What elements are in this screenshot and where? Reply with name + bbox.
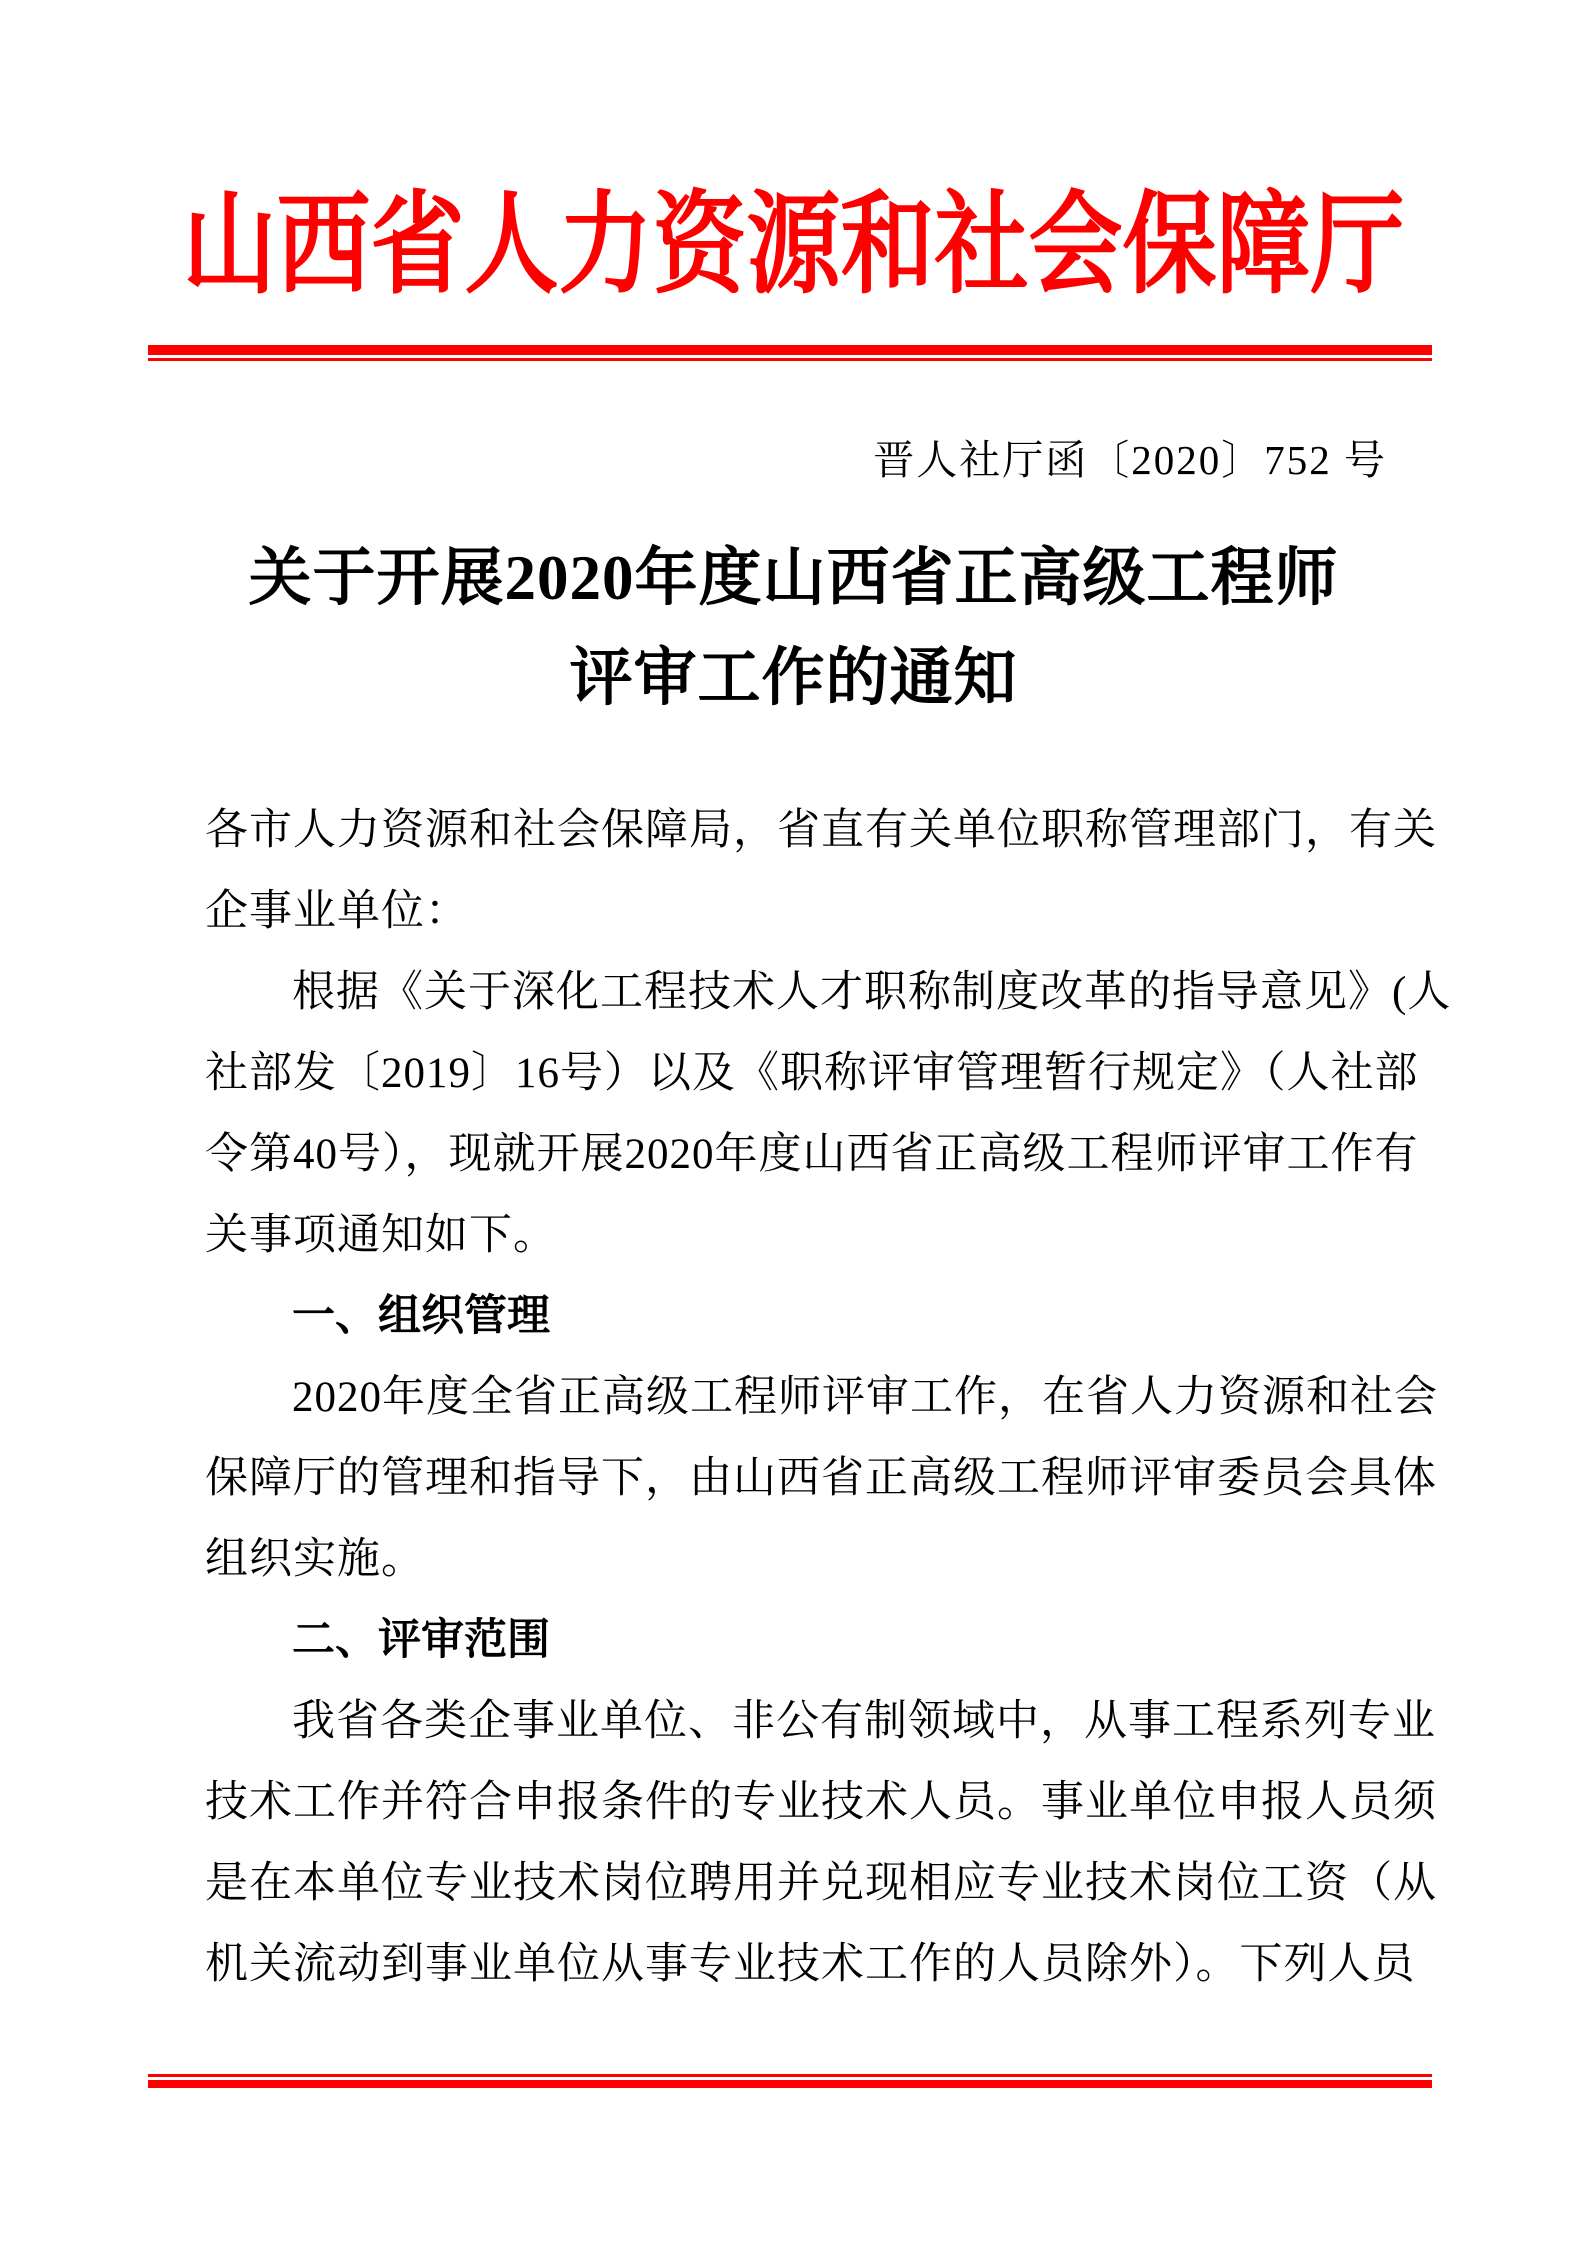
body-line: 各市人力资源和社会保障局，省直有关单位职称管理部门，有关	[205, 790, 1435, 871]
body-line: 我省各类企事业单位、非公有制领域中，从事工程系列专业	[205, 1681, 1435, 1762]
separator-thick-bar	[148, 345, 1432, 355]
document-number: 晋人社厅函〔2020〕752 号	[873, 430, 1387, 490]
body-line: 社部发〔2019〕16号）以及《职称评审管理暂行规定》（人社部	[205, 1033, 1435, 1114]
body-line: 保障厅的管理和指导下，由山西省正高级工程师评审委员会具体	[205, 1438, 1435, 1519]
body-line: 令第40号），现就开展2020年度山西省正高级工程师评审工作有	[205, 1114, 1435, 1195]
body-line: 机关流动到事业单位从事专业技术工作的人员除外）。下列人员	[205, 1924, 1435, 2005]
document-title-line2: 评审工作的通知	[0, 628, 1587, 728]
section-heading: 二、评审范围	[205, 1600, 1435, 1681]
body-line: 是在本单位专业技术岗位聘用并兑现相应专业技术岗位工资（从	[205, 1843, 1435, 1924]
issuing-agency-red-header: 山西省人力资源和社会保障厅	[0, 188, 1587, 306]
body-line: 组织实施。	[205, 1519, 1435, 1600]
footer-separator-rule	[148, 2074, 1432, 2088]
body-line: 关事项通知如下。	[205, 1195, 1435, 1276]
separator-thin-bar	[148, 358, 1432, 361]
separator-thick-bar	[148, 2080, 1432, 2088]
body-line: 根据《关于深化工程技术人才职称制度改革的指导意见》(人	[205, 952, 1435, 1033]
document-page: 山西省人力资源和社会保障厅 晋人社厅函〔2020〕752 号 关于开展2020年…	[0, 0, 1587, 2245]
body-line: 技术工作并符合申报条件的专业技术人员。事业单位申报人员须	[205, 1762, 1435, 1843]
header-separator-rule	[148, 345, 1432, 361]
body-line: 企事业单位：	[205, 871, 1435, 952]
document-title-line1: 关于开展2020年度山西省正高级工程师	[0, 528, 1587, 628]
section-heading: 一、组织管理	[205, 1276, 1435, 1357]
body-line: 2020年度全省正高级工程师评审工作，在省人力资源和社会	[205, 1357, 1435, 1438]
document-title: 关于开展2020年度山西省正高级工程师 评审工作的通知	[0, 528, 1587, 728]
document-body: 各市人力资源和社会保障局，省直有关单位职称管理部门，有关企事业单位：根据《关于深…	[205, 790, 1435, 2005]
